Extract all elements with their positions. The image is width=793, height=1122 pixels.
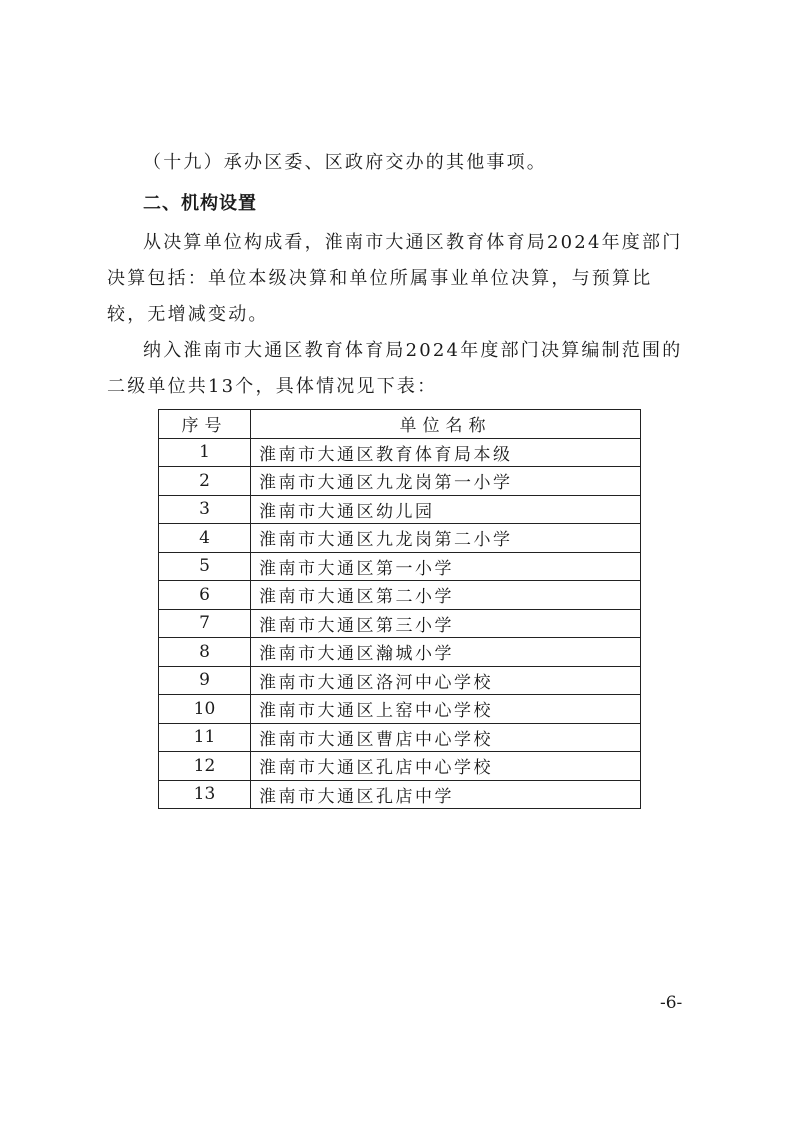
row-no: 11: [159, 723, 251, 752]
table-row: 11淮南市大通区曹店中心学校: [159, 723, 641, 752]
header-no: 序号: [159, 410, 251, 439]
row-no: 1: [159, 438, 251, 467]
table-row: 8淮南市大通区瀚城小学: [159, 638, 641, 667]
paragraph-scope: 从决算单位构成看，淮南市大通区教育体育局2024年度部门决算包括：单位本级决算和…: [107, 225, 691, 333]
section-heading: 二、机构设置: [143, 189, 257, 215]
paragraph-units: 纳入淮南市大通区教育体育局2024年度部门决算编制范围的二级单位共13个，具体情…: [107, 333, 691, 405]
row-name: 淮南市大通区孔店中心学校: [251, 752, 641, 781]
row-no: 13: [159, 780, 251, 809]
table-row: 6淮南市大通区第二小学: [159, 581, 641, 610]
table-row: 1淮南市大通区教育体育局本级: [159, 438, 641, 467]
row-no: 12: [159, 752, 251, 781]
table-row: 7淮南市大通区第三小学: [159, 609, 641, 638]
header-name: 单位名称: [251, 410, 641, 439]
table-row: 13淮南市大通区孔店中学: [159, 780, 641, 809]
row-no: 4: [159, 524, 251, 553]
row-name: 淮南市大通区上窑中心学校: [251, 695, 641, 724]
row-no: 5: [159, 552, 251, 581]
row-no: 8: [159, 638, 251, 667]
page-number: -6-: [660, 993, 682, 1013]
units-table: 序号 单位名称 1淮南市大通区教育体育局本级 2淮南市大通区九龙岗第一小学 3淮…: [158, 409, 641, 809]
row-no: 9: [159, 666, 251, 695]
table-header-row: 序号 单位名称: [159, 410, 641, 439]
table-row: 12淮南市大通区孔店中心学校: [159, 752, 641, 781]
table-row: 9淮南市大通区洛河中心学校: [159, 666, 641, 695]
row-name: 淮南市大通区第二小学: [251, 581, 641, 610]
row-no: 7: [159, 609, 251, 638]
row-no: 10: [159, 695, 251, 724]
list-item-19: （十九）承办区委、区政府交办的其他事项。: [107, 145, 691, 181]
table-row: 4淮南市大通区九龙岗第二小学: [159, 524, 641, 553]
table-row: 3淮南市大通区幼儿园: [159, 495, 641, 524]
row-name: 淮南市大通区九龙岗第二小学: [251, 524, 641, 553]
row-name: 淮南市大通区第一小学: [251, 552, 641, 581]
row-name: 淮南市大通区教育体育局本级: [251, 438, 641, 467]
row-name: 淮南市大通区瀚城小学: [251, 638, 641, 667]
row-name: 淮南市大通区幼儿园: [251, 495, 641, 524]
row-name: 淮南市大通区曹店中心学校: [251, 723, 641, 752]
row-name: 淮南市大通区第三小学: [251, 609, 641, 638]
table-row: 2淮南市大通区九龙岗第一小学: [159, 467, 641, 496]
table-row: 10淮南市大通区上窑中心学校: [159, 695, 641, 724]
row-name: 淮南市大通区孔店中学: [251, 780, 641, 809]
table-row: 5淮南市大通区第一小学: [159, 552, 641, 581]
row-no: 6: [159, 581, 251, 610]
row-name: 淮南市大通区九龙岗第一小学: [251, 467, 641, 496]
row-name: 淮南市大通区洛河中心学校: [251, 666, 641, 695]
row-no: 3: [159, 495, 251, 524]
row-no: 2: [159, 467, 251, 496]
